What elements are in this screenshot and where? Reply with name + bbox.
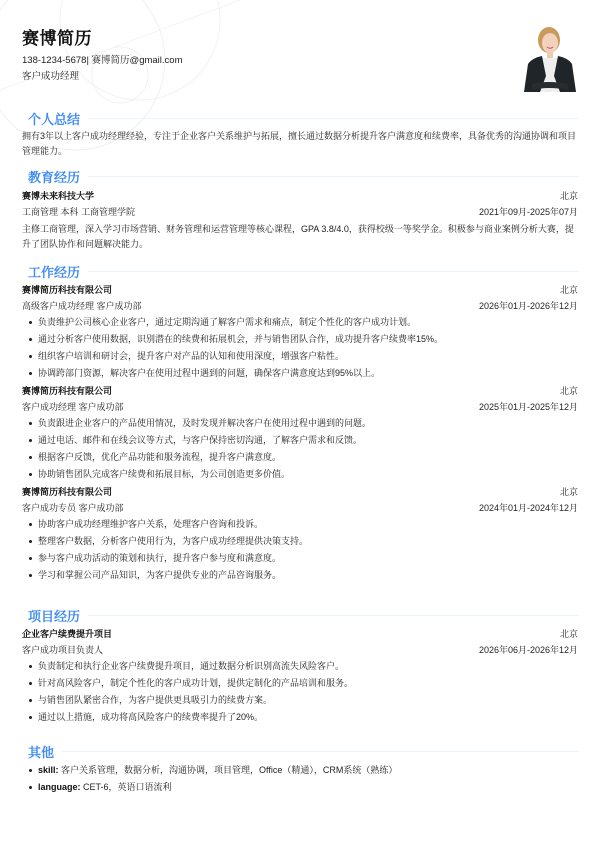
bullet-list: 协助客户成功经理维护客户关系，处理客户咨询和投诉。 整理客户数据，分析客户使用行… [22, 516, 578, 584]
section-education: 教育经历 赛博未来科技大学 北京 工商管理 本科 工商管理学院 2021年09月… [22, 166, 578, 252]
date-range: 2024年01月-2024年12月 [479, 501, 578, 514]
summary-text: 拥有3年以上客户成功经理经验，专注于企业客户关系维护与拓展，擅长通过数据分析提升… [22, 129, 578, 159]
list-item: 参与客户成功活动的策划和执行，提升客户参与度和满意度。 [28, 550, 578, 567]
entry-header-row: 赛博简历科技有限公司 北京 [22, 382, 578, 399]
entry-subheader-row: 工商管理 本科 工商管理学院 2021年09月-2025年07月 [22, 204, 578, 221]
entry-subheader-row: 客户成功专员 客户成功部 2024年01月-2024年12月 [22, 500, 578, 517]
section-header: 项目经历 [28, 605, 578, 625]
date-range: 2026年01月-2026年12月 [479, 299, 578, 312]
section-header: 工作经历 [28, 261, 578, 281]
position: 客户成功专员 客户成功部 [22, 501, 124, 514]
avatar [518, 20, 578, 92]
list-item-skill: skill: 客户关系管理，数据分析，沟通协调，项目管理，Office（精通），… [28, 762, 578, 779]
section-divider [88, 118, 578, 119]
location: 北京 [560, 627, 578, 640]
list-item: 通过电话、邮件和在线会议等方式，与客户保持密切沟通，了解客户需求和反馈。 [28, 432, 578, 449]
section-title: 其他 [28, 742, 54, 761]
location: 北京 [560, 283, 578, 296]
company-name: 赛博简历科技有限公司 [22, 485, 112, 498]
date-range: 2026年06月-2026年12月 [479, 643, 578, 656]
list-item: 通过以上措施，成功将高风险客户的续费率提升了20%。 [28, 709, 578, 726]
project-role: 客户成功项目负责人 [22, 643, 103, 656]
resume-header: 赛博简历 138-1234-5678| 赛博简历@gmail.com 客户成功经… [22, 0, 578, 100]
candidate-name: 赛博简历 [22, 24, 92, 49]
entry-header-row: 企业客户续费提升项目 北京 [22, 625, 578, 642]
bullet-list: 负责跟进企业客户的产品使用情况，及时发现并解决客户在使用过程中遇到的问题。 通过… [22, 415, 578, 483]
date-range: 2021年09月-2025年07月 [479, 205, 578, 218]
item-label: skill: [38, 765, 59, 775]
degree: 工商管理 本科 工商管理学院 [22, 205, 135, 218]
location: 北京 [560, 189, 578, 202]
entry-header-row: 赛博简历科技有限公司 北京 [22, 483, 578, 500]
bullet-list: 负责维护公司核心企业客户，通过定期沟通了解客户需求和痛点，制定个性化的客户成功计… [22, 314, 578, 382]
work-entry: 赛博简历科技有限公司 北京 高级客户成功经理 客户成功部 2026年01月-20… [22, 281, 578, 382]
section-work: 工作经历 赛博简历科技有限公司 北京 高级客户成功经理 客户成功部 2026年0… [22, 261, 578, 584]
profile-photo-icon [518, 20, 578, 92]
list-item: 协助客户成功经理维护客户关系，处理客户咨询和投诉。 [28, 516, 578, 533]
list-item: 负责跟进企业客户的产品使用情况，及时发现并解决客户在使用过程中遇到的问题。 [28, 415, 578, 432]
list-item: 与销售团队紧密合作，为客户提供更具吸引力的续费方案。 [28, 692, 578, 709]
job-title: 客户成功经理 [22, 68, 79, 82]
position: 客户成功经理 客户成功部 [22, 400, 124, 413]
item-value: 客户关系管理，数据分析，沟通协调，项目管理，Office（精通），CRM系统（熟… [59, 765, 398, 775]
project-entry: 企业客户续费提升项目 北京 客户成功项目负责人 2026年06月-2026年12… [22, 625, 578, 726]
resume-page: 赛博简历 138-1234-5678| 赛博简历@gmail.com 客户成功经… [0, 0, 600, 100]
entry-subheader-row: 客户成功经理 客户成功部 2025年01月-2025年12月 [22, 399, 578, 416]
item-label: language: [38, 782, 81, 792]
entry-subheader-row: 高级客户成功经理 客户成功部 2026年01月-2026年12月 [22, 298, 578, 315]
section-title: 个人总结 [28, 109, 80, 128]
project-name: 企业客户续费提升项目 [22, 627, 112, 640]
list-item: 负责制定和执行企业客户续费提升项目，通过数据分析识别高流失风险客户。 [28, 658, 578, 675]
work-entry: 赛博简历科技有限公司 北京 客户成功专员 客户成功部 2024年01月-2024… [22, 483, 578, 584]
section-projects: 项目经历 企业客户续费提升项目 北京 客户成功项目负责人 2026年06月-20… [22, 605, 578, 726]
education-description: 主修工商管理，深入学习市场营销、财务管理和运营管理等核心课程，GPA 3.8/4… [22, 222, 578, 252]
location: 北京 [560, 384, 578, 397]
section-header: 个人总结 [28, 108, 578, 128]
list-item: 针对高风险客户，制定个性化的客户成功计划，提供定制化的产品培训和服务。 [28, 675, 578, 692]
section-header: 教育经历 [28, 166, 578, 186]
list-item: 学习和掌握公司产品知识，为客户提供专业的产品咨询服务。 [28, 567, 578, 584]
section-divider [88, 271, 578, 272]
section-divider [88, 615, 578, 616]
section-title: 教育经历 [28, 167, 80, 186]
entry-header-row: 赛博未来科技大学 北京 [22, 187, 578, 204]
section-title: 工作经历 [28, 262, 80, 281]
school-name: 赛博未来科技大学 [22, 189, 94, 202]
list-item: 通过分析客户使用数据，识别潜在的续费和拓展机会，并与销售团队合作，成功提升客户续… [28, 331, 578, 348]
item-value: CET-6，英语口语流利 [81, 782, 172, 792]
list-item-language: language: CET-6，英语口语流利 [28, 779, 578, 796]
list-item: 整理客户数据，分析客户使用行为，为客户成功经理提供决策支持。 [28, 533, 578, 550]
education-entry: 赛博未来科技大学 北京 工商管理 本科 工商管理学院 2021年09月-2025… [22, 187, 578, 252]
section-title: 项目经历 [28, 606, 80, 625]
list-item: 负责维护公司核心企业客户，通过定期沟通了解客户需求和痛点，制定个性化的客户成功计… [28, 314, 578, 331]
entry-subheader-row: 客户成功项目负责人 2026年06月-2026年12月 [22, 642, 578, 659]
section-header: 其他 [28, 741, 578, 761]
list-item: 组织客户培训和研讨会，提升客户对产品的认知和使用深度，增强客户粘性。 [28, 348, 578, 365]
company-name: 赛博简历科技有限公司 [22, 283, 112, 296]
bullet-list: skill: 客户关系管理，数据分析，沟通协调，项目管理，Office（精通），… [22, 762, 578, 796]
work-entry: 赛博简历科技有限公司 北京 客户成功经理 客户成功部 2025年01月-2025… [22, 382, 578, 483]
section-other: 其他 skill: 客户关系管理，数据分析，沟通协调，项目管理，Office（精… [22, 741, 578, 796]
company-name: 赛博简历科技有限公司 [22, 384, 112, 397]
date-range: 2025年01月-2025年12月 [479, 400, 578, 413]
location: 北京 [560, 485, 578, 498]
entry-header-row: 赛博简历科技有限公司 北京 [22, 281, 578, 298]
section-summary: 个人总结 拥有3年以上客户成功经理经验，专注于企业客户关系维护与拓展，擅长通过数… [22, 108, 578, 159]
bullet-list: 负责制定和执行企业客户续费提升项目，通过数据分析识别高流失风险客户。 针对高风险… [22, 658, 578, 726]
contact-info: 138-1234-5678| 赛博简历@gmail.com [22, 52, 182, 66]
section-divider [62, 751, 578, 752]
list-item: 根据客户反馈，优化产品功能和服务流程，提升客户满意度。 [28, 449, 578, 466]
list-item: 协助销售团队完成客户续费和拓展目标，为公司创造更多价值。 [28, 466, 578, 483]
section-divider [88, 176, 578, 177]
list-item: 协调跨部门资源，解决客户在使用过程中遇到的问题，确保客户满意度达到95%以上。 [28, 365, 578, 382]
position: 高级客户成功经理 客户成功部 [22, 299, 142, 312]
